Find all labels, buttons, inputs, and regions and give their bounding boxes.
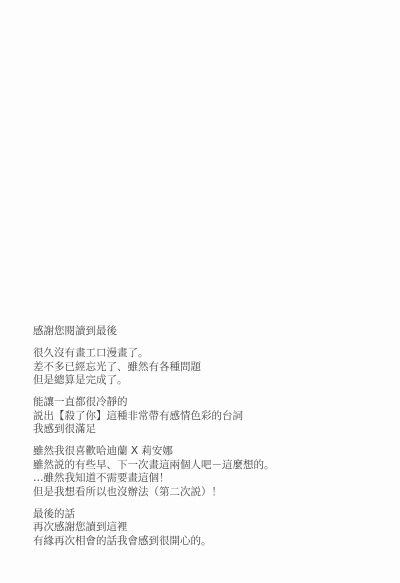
afterword-paragraph-pairing: 雖然我很喜歡哈迪蘭 X 莉安娜 雖然説的有些早、下一次畫這兩個人吧－這麼想的。 … xyxy=(33,445,373,499)
afterword-paragraph-satisfied: 能讓一直都很冷靜的 説出【殺了你】這種非常帶有感情色彩的台詞 我感到很滿足 xyxy=(33,396,373,437)
afterword-text-block: 感謝您閱讀到最後 很久沒有畫工口漫畫了。 差不多已經忘光了、雖然有各種問題 但是… xyxy=(33,325,373,557)
afterword-line: 能讓一直都很冷靜的 xyxy=(33,396,373,410)
afterword-line: 雖然説的有些早、下一次畫這兩個人吧－這麼想的。 xyxy=(33,459,373,473)
afterword-line: 但是總算是完成了。 xyxy=(33,374,373,388)
afterword-line: 有緣再次相會的話我會感到很開心的。 xyxy=(33,535,373,549)
afterword-line: …雖然我知道不需要畫這個！ xyxy=(33,472,373,486)
afterword-line: 最後的話 xyxy=(33,508,373,522)
afterword-line: 説出【殺了你】這種非常帶有感情色彩的台詞 xyxy=(33,410,373,424)
afterword-line: 但是我想看所以也沒辦法（第二次説）！ xyxy=(33,486,373,500)
afterword-line: 差不多已經忘光了、雖然有各種問題 xyxy=(33,361,373,375)
afterword-line: 感謝您閱讀到最後 xyxy=(33,325,373,339)
afterword-paragraph-closing: 最後的話 再次感謝您讀到這裡 有緣再次相會的話我會感到很開心的。 xyxy=(33,508,373,549)
afterword-line: 很久沒有畫工口漫畫了。 xyxy=(33,347,373,361)
afterword-line: 再次感謝您讀到這裡 xyxy=(33,521,373,535)
afterword-paragraph-long-time: 很久沒有畫工口漫畫了。 差不多已經忘光了、雖然有各種問題 但是總算是完成了。 xyxy=(33,347,373,388)
scanned-afterword-page: 感謝您閱讀到最後 很久沒有畫工口漫畫了。 差不多已經忘光了、雖然有各種問題 但是… xyxy=(0,0,400,583)
afterword-line: 雖然我很喜歡哈迪蘭 X 莉安娜 xyxy=(33,445,373,459)
afterword-line: 我感到很滿足 xyxy=(33,423,373,437)
afterword-paragraph-thanks: 感謝您閱讀到最後 xyxy=(33,325,373,339)
